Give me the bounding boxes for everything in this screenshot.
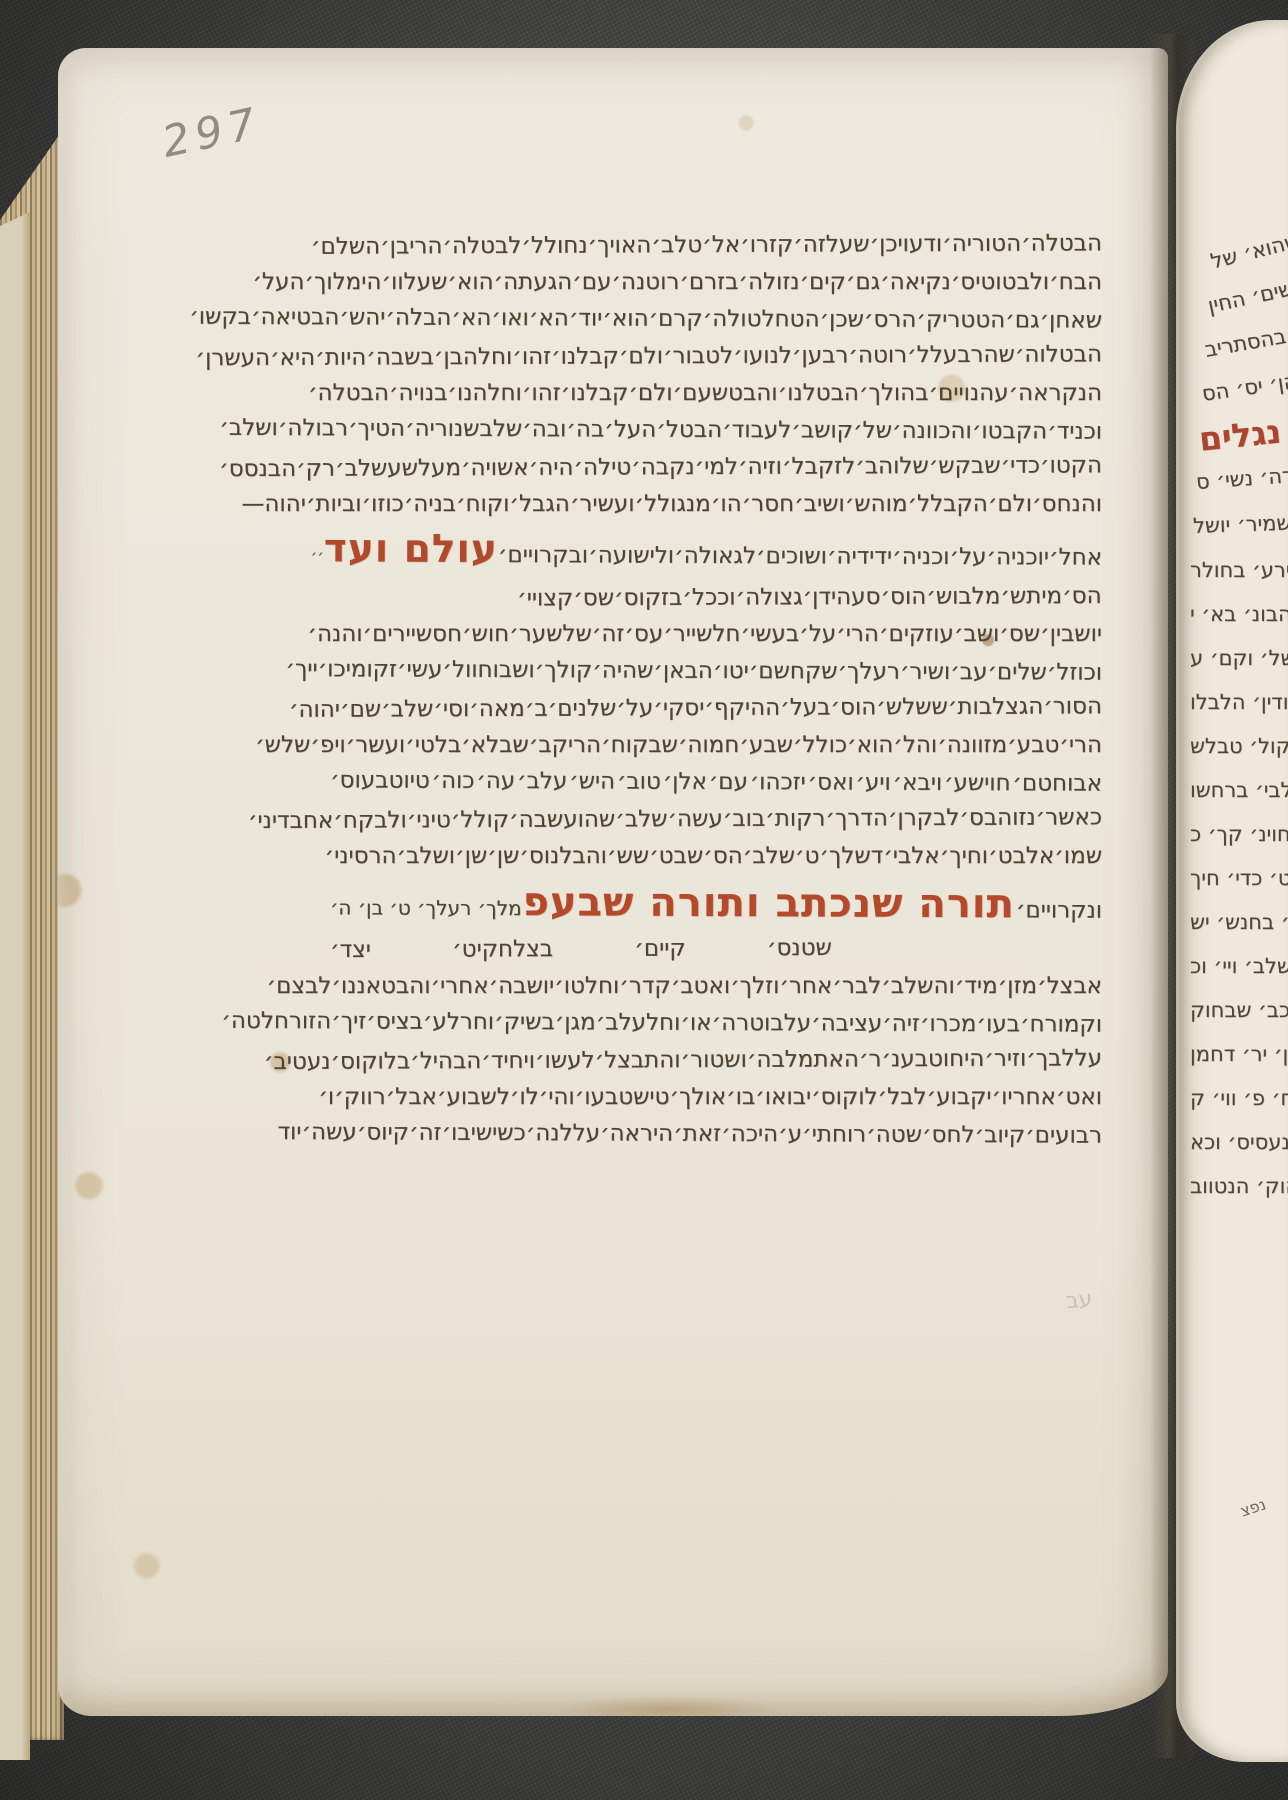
word: עללבך׳: [1026, 1045, 1102, 1071]
word: ויפ׳: [310, 732, 345, 758]
word: חוישע׳: [944, 770, 1011, 796]
word: הבלה׳: [385, 305, 451, 331]
word: מנגולל׳: [634, 491, 710, 517]
word: שלב׳: [743, 843, 795, 869]
word: שלב׳: [381, 696, 433, 722]
word: אחריו׳: [992, 1084, 1056, 1110]
manuscript-line: ונקרויים׳תורה שנכתב ותורה שבעפמלך׳ רעלך׳…: [330, 878, 1102, 937]
word: הריבן׳: [380, 233, 442, 259]
word: שלב׳: [615, 806, 667, 832]
word: עשי׳: [397, 657, 443, 683]
word: הבטלוה׳: [1015, 341, 1102, 367]
word: סעהידן׳: [803, 584, 881, 610]
word: בשיק׳: [494, 1009, 555, 1035]
word: כוה׳: [431, 768, 474, 794]
word: שלים׳: [987, 659, 1046, 685]
word: ושוכים׳: [756, 543, 827, 569]
word: היראה׳: [600, 1120, 673, 1146]
word: מיתש׳: [1001, 583, 1063, 609]
right-page-text-column: לבין׳ זה׳ שהוא׳ שלקול׳ הרחשים׳ החיןבוה׳ …: [1176, 20, 1288, 1762]
word: קצויי׳: [517, 585, 573, 611]
word: וכוזל׳: [1047, 659, 1102, 685]
manuscript-line: הבח׳ולבטוטיס׳נקיאה׳גם׳קים׳נזולה׳בזרם׳רוט…: [330, 269, 1102, 306]
word: שס׳: [574, 585, 615, 611]
word: וקוח׳: [456, 491, 509, 517]
word: וכניד׳: [1047, 418, 1102, 444]
word: הוס׳: [881, 584, 927, 610]
word: היכה׳: [721, 1121, 778, 1147]
word: כוזו׳: [362, 491, 404, 517]
word: גצולה׳: [736, 584, 803, 610]
word: הגעתה׳: [494, 269, 573, 295]
word: יטו׳: [713, 658, 749, 684]
word: שבע׳: [739, 732, 793, 758]
manuscript-line-fragment: ם׳ ופל׳ כוח׳ פ׳ ווי׳ ק: [1190, 1086, 1288, 1110]
word: הנקראה׳: [1009, 380, 1103, 406]
word: לעשו׳: [535, 1048, 595, 1074]
word: לחס׳: [922, 1122, 975, 1148]
word: נזוהבס׳: [959, 805, 1035, 831]
word: של׳: [853, 418, 892, 444]
word: זקומיכו׳: [318, 656, 397, 682]
word: בציס׳: [366, 1008, 423, 1034]
manuscript-line-fragment: וכב׳ שבחוק: [1190, 998, 1288, 1022]
word: הא׳: [451, 305, 491, 331]
manuscript-line-fragment: וך׳ בפושל׳ וקם׳ ע: [1190, 646, 1288, 670]
word: ואטב׳: [671, 973, 730, 999]
word: נעטיב׳: [264, 1049, 331, 1075]
word: העל׳: [252, 269, 304, 295]
word: על׳: [799, 621, 836, 647]
manuscript-line: הקטו׳כדי׳שבקש׳שלוהב׳לזקבל׳וזיה׳למי׳נקבה׳…: [330, 452, 1102, 492]
word: גם׳: [846, 269, 880, 295]
manuscript-line: שאחן׳גם׳הטטריק׳הרס׳שכן׳הטחלטולה׳קרם׳הוא׳…: [330, 304, 1102, 344]
word: שעלוו׳: [381, 269, 447, 295]
word: לבל׳: [878, 1084, 927, 1110]
word: והתבצל׳: [594, 1047, 680, 1073]
word: רבולה׳: [278, 415, 348, 441]
word: וחלטו׳: [554, 973, 619, 999]
word: הטטריק׳: [916, 307, 1005, 333]
word: שהיה׳: [592, 657, 653, 683]
manuscript-line: כאשר׳נזוהבס׳לבקרן׳הדרך׳רקות׳בוב׳עשה׳שלב׳…: [330, 804, 1102, 844]
manuscript-photo: 297 הבטלה׳הטוריה׳ודעויכן׳שעלזה׳קזרו׳אל׳ט…: [0, 0, 1288, 1800]
word: הגבל׳: [509, 491, 569, 517]
word: העל׳: [604, 417, 656, 443]
manuscript-line-fragment: לב׳ הוק׳ הנטווב: [1190, 1174, 1288, 1198]
word: נחולל׳: [521, 233, 587, 259]
word: הוס׳: [830, 694, 876, 720]
word: ולבטוטיס׳: [951, 269, 1049, 295]
word: הדרך׳: [825, 805, 888, 831]
manuscript-line: הס׳מיתש׳מלבוש׳הוס׳סעהידן׳גצולה׳וככל׳בזקו…: [623, 583, 1102, 622]
rubric-heading-right: ים נגלים: [1197, 407, 1288, 459]
word: הא׳: [529, 305, 569, 331]
word: שש׳: [607, 843, 649, 869]
rubric-heading: עולם ועד: [324, 526, 498, 572]
word: על׳: [949, 544, 986, 570]
word: חלשייר׳: [663, 621, 740, 647]
manuscript-line-fragment: מו׳ הנעסיס׳ וכא: [1190, 1130, 1288, 1154]
word: רקות׳: [765, 806, 825, 832]
word: רבען׳: [792, 342, 849, 368]
word: חמוה׳: [678, 732, 740, 758]
word: מעלשעשלב׳: [335, 455, 461, 482]
word: והי׳: [539, 1084, 575, 1110]
word: שבקש׳: [929, 453, 1001, 479]
word: ויחיד׳: [481, 1048, 535, 1074]
manuscript-line-fragment: ליק׳ טן׳ יר׳ דחמן: [1190, 1042, 1288, 1066]
word: אלבי׳: [883, 843, 939, 869]
word: זיך׳: [331, 1008, 366, 1034]
word: לבקרן׳: [888, 805, 960, 831]
word: ובה׳: [522, 416, 566, 442]
word: האתמלבה׳: [747, 1046, 859, 1072]
word: שמו׳: [1054, 843, 1102, 869]
word: בזקוס׳: [614, 585, 682, 611]
manuscript-line: שמו׳אלבט׳וחיך׳אלבי׳דשלך׳ט׳שלב׳הס׳שבט׳שש׳…: [330, 843, 1102, 880]
word: ובקרויים׳: [498, 542, 588, 568]
word: קבלנו׳: [551, 343, 619, 369]
word: והבטאננו׳: [331, 973, 430, 999]
word: ועשיר׳: [570, 491, 635, 517]
word: נקיאה׳: [880, 269, 951, 295]
word: עללנה׳: [526, 1120, 600, 1146]
word: שקחשם׳: [749, 658, 838, 684]
word: זה׳: [592, 621, 625, 647]
word: בה׳: [566, 416, 604, 442]
word: דשלך׳: [819, 843, 883, 869]
word: חוש׳: [462, 621, 509, 647]
word: וזיה׳: [738, 454, 782, 480]
word: רק׳: [296, 456, 335, 482]
word: עשה׳: [667, 806, 722, 832]
word: אחר׳: [779, 973, 832, 999]
word: רווק׳: [334, 1084, 385, 1110]
word: הימלוך׳: [304, 269, 381, 295]
word: רוטנה׳: [611, 269, 679, 295]
word: מיד׳: [955, 973, 998, 999]
word: הקבלל׳: [907, 491, 987, 517]
word: בניה׳: [404, 491, 456, 517]
word: אחל׳: [1049, 544, 1102, 570]
word: לו׳: [510, 1084, 539, 1110]
word: מוהש׳: [845, 491, 908, 517]
word: טיני׳: [407, 807, 451, 833]
word: לגאולה׳: [674, 543, 756, 569]
word: שהועשבה׳: [509, 806, 615, 832]
word: ולישועה׳: [588, 542, 674, 568]
word: השלם׳: [311, 233, 380, 259]
manuscript-line-fragment: שלבן׳ מוהבונ׳ בא׳ י: [1190, 602, 1288, 626]
word: מזוונה׳: [937, 732, 1007, 758]
word: והשלב׳: [881, 973, 955, 999]
word: אלבט׳: [988, 843, 1054, 869]
word: הבטלנו׳: [778, 380, 859, 406]
word: שעלזה׳: [793, 231, 869, 257]
word: וככל׳: [683, 585, 736, 611]
word: הקטו׳: [1040, 452, 1102, 478]
word: וזיר׳: [984, 1046, 1026, 1072]
word: מכרו׳: [920, 1011, 977, 1037]
word: היא׳: [270, 345, 315, 371]
word: אל׳: [702, 232, 740, 258]
word: מאה׳: [469, 696, 525, 722]
manuscript-line: הרי׳טבע׳מזוונה׳והל׳הוא׳כולל׳שבע׳חמוה׳שבק…: [330, 732, 1102, 769]
word: ב׳: [525, 696, 548, 722]
word: הבטלה׳: [1021, 230, 1102, 256]
word: וכניה׳: [892, 544, 949, 570]
word: ולבקח׳: [333, 807, 407, 833]
left-page-text-block: הבטלה׳הטוריה׳ודעויכן׳שעלזה׳קזרו׳אל׳טלב׳ה…: [330, 232, 1102, 1158]
word: שטה׳: [866, 1122, 922, 1148]
word: קבלנו׳: [561, 380, 629, 406]
word: יוד: [277, 1119, 301, 1145]
word: ולם׳: [619, 343, 663, 369]
word: קולל׳: [451, 807, 509, 833]
outer-page-edge: [0, 212, 30, 1760]
word: שלוהב׳: [855, 453, 929, 479]
word: שן׳: [487, 843, 519, 869]
word: לזקבל׳: [782, 453, 855, 479]
word: ידידיה׳: [827, 543, 892, 569]
word: ואס׳: [807, 769, 853, 795]
word: רוחתי׳: [802, 1121, 866, 1147]
word: ׳׳: [310, 546, 323, 565]
catchword-faint: עב: [1065, 1287, 1094, 1315]
word: יצד׳: [330, 937, 371, 963]
manuscript-line-fragment: לבים׳ בחנש׳ יש: [1190, 910, 1288, 934]
word: הבטל׳: [656, 417, 722, 443]
word: הבנסס׳: [219, 456, 296, 482]
word: ושיב׳: [794, 491, 845, 517]
word: לבצם׳: [267, 973, 332, 999]
word: ושיר׳: [900, 659, 950, 685]
word: כולל׳: [793, 732, 847, 758]
word: הבטלה׳: [308, 380, 389, 406]
word: טילה׳: [573, 454, 631, 480]
word: יהש׳: [339, 304, 385, 330]
word: מגן׳: [555, 1009, 596, 1035]
word: הריקב׳: [529, 732, 601, 758]
manuscript-line: עללבך׳וזיר׳היחוטבענ׳ר׳האתמלבה׳ושטור׳והתב…: [330, 1045, 1102, 1085]
word: הבטיאה׳: [251, 304, 339, 330]
word: הגצלבות׳: [948, 694, 1044, 720]
word: וחרלע׳: [423, 1009, 494, 1035]
word: היחוטבענ׳: [881, 1046, 984, 1072]
word: שם׳: [340, 696, 381, 722]
word: טוב׳: [617, 769, 661, 795]
word: הטוריה׳: [942, 231, 1021, 257]
manuscript-line-fragment: ולעשרה׳ נשי׳ ס: [1195, 460, 1288, 494]
word: היה׳: [529, 455, 574, 481]
word: הס׳: [703, 843, 743, 869]
word: נזולה׳: [738, 269, 799, 295]
manuscript-line-fragment: בשלב׳ יודין׳ הלבלו: [1190, 690, 1288, 714]
word: קזרו׳: [740, 232, 793, 258]
word: וזלך׳: [730, 973, 779, 999]
word: שכן׳: [819, 306, 863, 332]
word: ואט׳: [1056, 1084, 1102, 1110]
word: אולך׳: [669, 1084, 726, 1110]
manuscript-line-fragment: ך׳ בן׳ וירע׳ בחולר: [1190, 558, 1288, 582]
word: זאת׳: [673, 1121, 721, 1147]
word: קולך׳: [535, 657, 593, 683]
word: והכוונה׳: [892, 418, 972, 444]
word: והנה׳: [307, 621, 362, 647]
word: שלנים׳: [548, 695, 617, 721]
word: יבואו׳: [755, 1084, 811, 1110]
word: נקבה׳: [631, 454, 695, 480]
word: הזורחלטה׳: [221, 1008, 331, 1034]
manuscript-line: אבצל׳מזן׳מיד׳והשלב׳לבר׳אחר׳וזלך׳ואטב׳קדר…: [330, 973, 1102, 1010]
word: ט׳: [795, 843, 819, 869]
word: קיוב׳: [974, 1122, 1025, 1148]
word: ולם׳: [988, 491, 1032, 517]
word: ושבוחוול׳: [442, 657, 534, 683]
word: וביות׳: [306, 491, 362, 517]
word: וחלהנו׳: [447, 380, 521, 406]
word: בעו׳: [976, 1011, 1020, 1037]
word: רעלך׳: [837, 659, 899, 685]
word: אבל׳: [386, 1084, 437, 1110]
word: עם׳: [709, 769, 748, 795]
word: מלבוש׳: [927, 583, 1001, 609]
manuscript-line: שטנס׳קיים׳בצלחקיט׳יצד׳: [330, 935, 832, 974]
word: טבע׳: [1007, 732, 1059, 758]
word: טלב׳: [651, 232, 702, 258]
manuscript-line-fragment: וספה׳ בהן׳ יס׳ הס: [1200, 359, 1288, 406]
word: כאשר׳: [1036, 804, 1102, 830]
word: כשישיבו׳: [441, 1120, 525, 1146]
word: הבאן׳: [653, 658, 713, 684]
word: הקבטו׳: [972, 418, 1048, 444]
word: עלבוטרה׳: [711, 1010, 811, 1036]
word: בהולך׳: [859, 380, 929, 406]
word: אלן׳: [663, 769, 707, 795]
word: וסי׳: [433, 696, 469, 722]
word: הרי׳: [1059, 732, 1102, 758]
word: בצלחקיט׳: [452, 936, 553, 962]
word: וחיך׳: [940, 843, 988, 869]
word: אבצל׳: [1037, 973, 1102, 999]
word: שבקוח׳: [601, 732, 678, 758]
word: טישטבעו׳: [575, 1084, 670, 1110]
word: רבועים׳: [1025, 1122, 1102, 1148]
word: לשבוע׳: [437, 1084, 510, 1110]
manuscript-line: וקמורח׳בעו׳מכרו׳זיה׳עציבה׳עלבוטרה׳או׳וחל…: [330, 1008, 1102, 1048]
word: שס׳: [999, 621, 1040, 647]
word: קדר׳: [619, 973, 670, 999]
word: יוכניה׳: [986, 544, 1049, 570]
word: שלבשנוריה׳: [405, 416, 522, 443]
word: האויך׳: [587, 232, 651, 258]
word: ונקרויים׳: [1016, 897, 1102, 923]
word: עס׳: [624, 621, 663, 647]
word: שאחן׳: [1039, 307, 1102, 333]
manuscript-line-fragment: רק׳ מי׳ הנשמיר׳ יושל: [1193, 507, 1288, 538]
word: יוד׳: [569, 305, 603, 331]
word: קיוס׳: [357, 1119, 409, 1145]
word: מזן׳: [998, 973, 1037, 999]
word: וחלהבן׳: [434, 344, 513, 370]
word: יקבוע׳: [927, 1084, 992, 1110]
word: הבח׳: [1049, 269, 1102, 295]
manuscript-line: וכוזל׳שלים׳עב׳ושיר׳רעלך׳שקחשם׳יטו׳הבאן׳ש…: [330, 656, 1102, 696]
word: ושלב׳: [397, 843, 456, 869]
word: יסקי׳: [653, 695, 704, 721]
word: ע׳: [778, 1121, 802, 1147]
word: אחבדיני׳: [248, 808, 333, 834]
word: שבט׳: [649, 843, 703, 869]
word: מלך׳ רעלך׳ ט׳ בן׳ ה׳: [330, 895, 522, 920]
word: הבהיל׳: [410, 1048, 481, 1074]
word: ייך׳: [285, 656, 317, 682]
word: בשבה׳: [366, 344, 434, 370]
word: הסור׳: [1043, 693, 1102, 719]
manuscript-line-fragment: וסקר׳ בחוינ׳ קך׳ כ: [1190, 822, 1288, 846]
manuscript-line: אבוחטם׳חוישע׳ויבא׳ויע׳ואס׳יזכהו׳עם׳אלן׳ט…: [330, 767, 1102, 807]
word: עם׳: [572, 269, 611, 295]
word: ודעויכן׳: [869, 231, 942, 257]
word: לעבוד׳: [722, 417, 791, 443]
word: ששלש׳: [876, 694, 948, 720]
word: קרם׳: [648, 306, 702, 332]
word: ר׳: [859, 1046, 882, 1072]
word: בעשי׳: [740, 621, 799, 647]
word: לנועו׳: [733, 343, 792, 369]
word: ושלב׳: [219, 415, 278, 441]
word: זהו׳: [512, 344, 551, 370]
manuscript-line: הבטלוה׳שהרבעלל׳רוטה׳רבען׳לנועו׳לטבור׳ולם…: [330, 341, 1102, 381]
word: על׳: [616, 695, 653, 721]
word: יהוה—: [241, 491, 305, 517]
word: בנויה׳: [389, 380, 448, 406]
word: שלש׳: [255, 732, 310, 758]
rubric-heading: תורה שנכתב ותורה שבעפ: [523, 879, 1015, 927]
right-page-edge: לבין׳ זה׳ שהוא׳ שלקול׳ הרחשים׳ החיןבוה׳ …: [1176, 20, 1288, 1762]
word: שהרבעלל׳: [907, 342, 1015, 368]
word: זה׳: [409, 1120, 442, 1146]
word: אבוחטם׳: [1012, 770, 1102, 796]
word: יושבין׳: [1040, 621, 1102, 647]
word: ולם׳: [628, 380, 672, 406]
word: שלשער׳: [509, 621, 592, 647]
manuscript-line-fragment: לבין׳ זה׳ שהוא׳ של: [1208, 208, 1288, 274]
word: כדי׳: [1000, 453, 1040, 479]
word: עה׳: [476, 768, 515, 794]
word: היש׳: [569, 768, 615, 794]
word: בזרם׳: [679, 269, 738, 295]
word: עציבה׳: [811, 1010, 882, 1036]
manuscript-line: ואט׳אחריו׳יקבוע׳לבל׳לוקוס׳יבואו׳בו׳אולך׳…: [330, 1084, 1102, 1121]
word: זהו׳: [522, 380, 561, 406]
word: העשרן׳: [195, 345, 270, 371]
word: הטחלטולה׳: [703, 306, 820, 333]
word: הוא׳: [847, 732, 893, 758]
word: בו׳: [726, 1084, 755, 1110]
word: בוב׳: [723, 806, 766, 832]
word: עב׳: [950, 659, 987, 685]
word: הוא׳: [447, 269, 493, 295]
word: הטיך׳: [348, 415, 405, 441]
word: שן׳: [455, 843, 487, 869]
word: עשה׳: [301, 1119, 356, 1145]
word: עהנויים׳: [928, 380, 1008, 406]
word: הרי׳: [836, 621, 879, 647]
word: והבטשעם׳: [673, 380, 778, 406]
manuscript-line: הסור׳הגצלבות׳ששלש׳הוס׳בעל׳ההיקף׳יסקי׳על׳…: [330, 693, 1102, 733]
